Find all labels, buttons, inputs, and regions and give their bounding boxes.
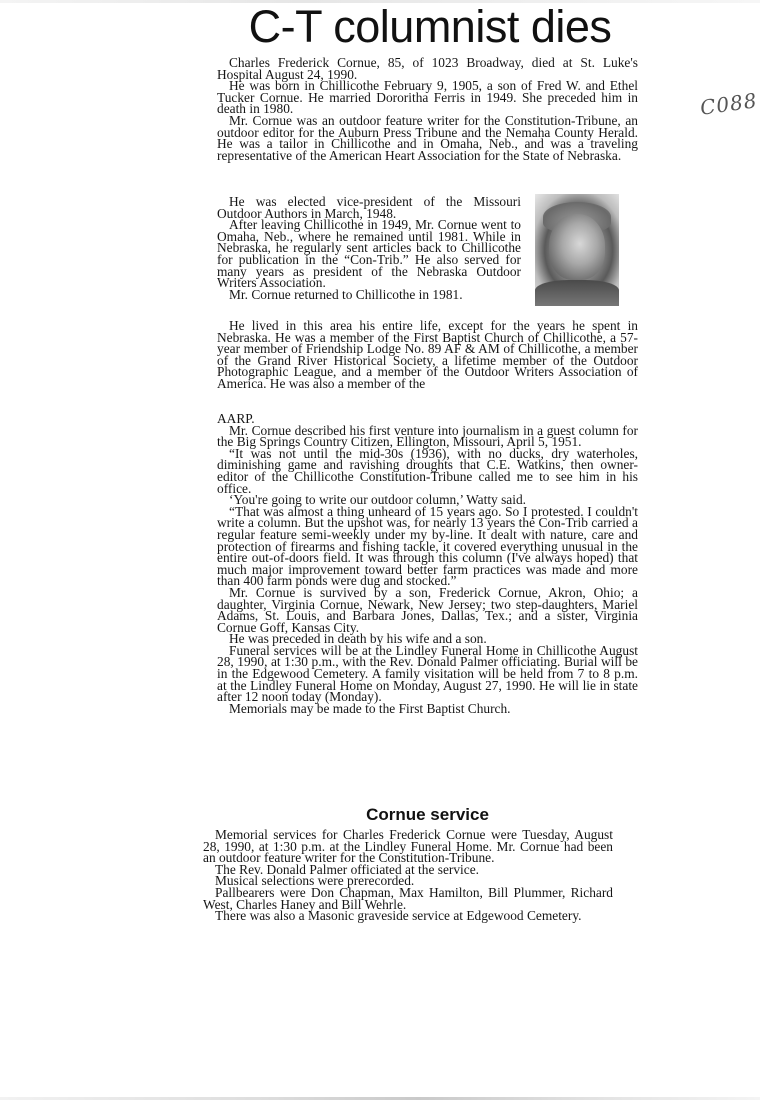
article-section-nebraska: He was elected vice-president of the Mis…	[217, 196, 521, 300]
paragraph: He was born in Chillicothe February 9, 1…	[217, 80, 638, 115]
headline: C-T columnist dies	[220, 2, 640, 52]
paragraph: Pallbearers were Don Chapman, Max Hamilt…	[203, 887, 613, 910]
portrait-face	[549, 214, 605, 280]
portrait-shoulders	[535, 280, 619, 306]
paragraph: Mr. Cornue was an outdoor feature writer…	[217, 115, 638, 161]
paragraph: “It was not until the mid-30s (1936), wi…	[217, 448, 638, 494]
paragraph: Memorials may be made to the First Bapti…	[217, 703, 638, 715]
margin-note: C088	[699, 88, 759, 120]
paragraph: After leaving Chillicothe in 1949, Mr. C…	[217, 219, 521, 289]
paragraph: Mr. Cornue described his first venture i…	[217, 425, 638, 448]
portrait-photo	[535, 194, 619, 306]
paragraph: Charles Frederick Cornue, 85, of 1023 Br…	[217, 57, 638, 80]
paragraph: Mr. Cornue is survived by a son, Frederi…	[217, 587, 638, 633]
paragraph: “That was almost a thing unheard of 15 y…	[217, 506, 638, 587]
article-section-memberships: He lived in this area his entire life, e…	[217, 320, 638, 390]
article-section-journalism: AARP. Mr. Cornue described his first ven…	[217, 413, 638, 714]
paragraph: Memorial services for Charles Frederick …	[203, 829, 613, 864]
paragraph: He was elected vice-president of the Mis…	[217, 196, 521, 219]
article-section-service: Memorial services for Charles Frederick …	[203, 829, 613, 922]
paragraph: Mr. Cornue returned to Chillicothe in 19…	[217, 289, 521, 301]
paragraph: He lived in this area his entire life, e…	[217, 320, 638, 390]
article-section-intro: Charles Frederick Cornue, 85, of 1023 Br…	[217, 57, 638, 161]
paragraph: There was also a Masonic graveside servi…	[203, 910, 613, 922]
paragraph: Funeral services will be at the Lindley …	[217, 645, 638, 703]
subheading-cornue-service: Cornue service	[217, 805, 638, 825]
